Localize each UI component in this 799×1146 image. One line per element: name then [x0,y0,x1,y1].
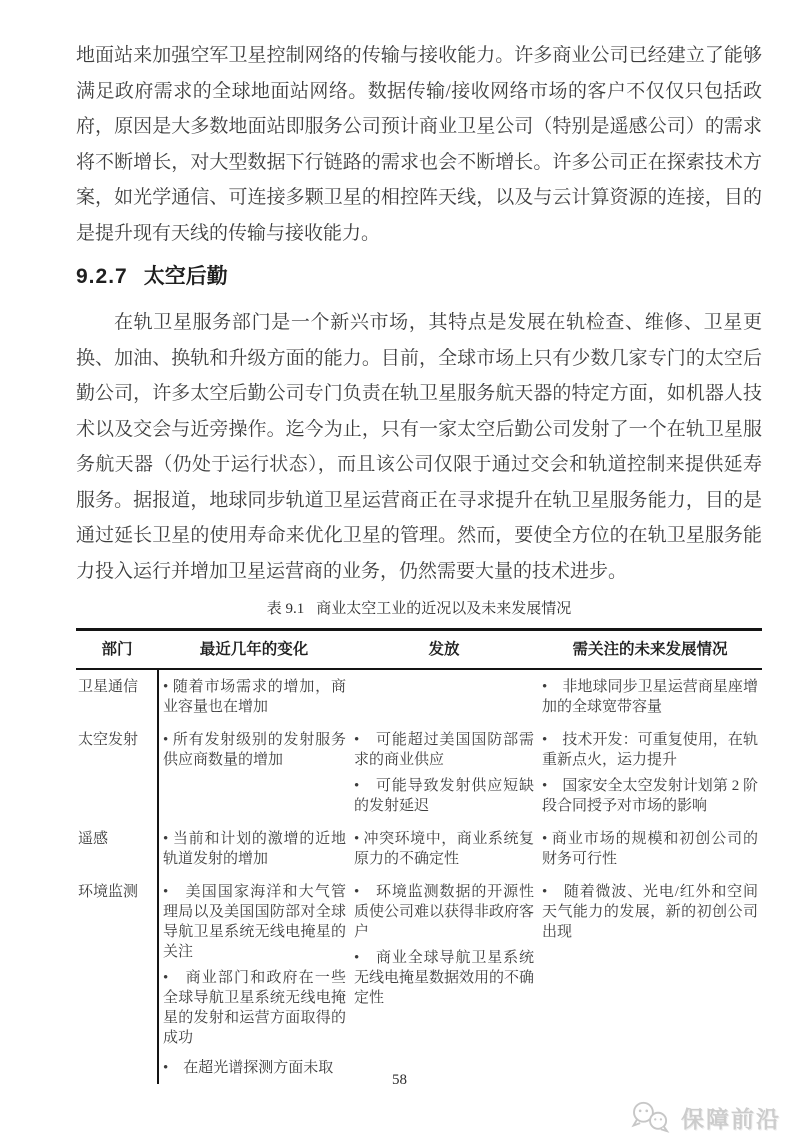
cell-item: • 可能超过美国国防部需求的商业供应 [354,730,534,770]
wechat-icon [630,1100,672,1134]
issues-cell: • 环境监测数据的开源性质使公司难以获得非政府客户 • 商业全球导航卫星系统无线… [350,875,538,1084]
cell-item: • 随着市场需求的增加，商业容量也在增加 [163,677,346,717]
document-page: 地面站来加强空军卫星控制网络的传输与接收能力。许多商业公司已经建立了能够满足政府… [0,0,799,1146]
col-header-future: 需关注的未来发展情况 [538,630,762,670]
sector-cell: 太空发射 [76,723,158,822]
cell-item: • 所有发射级别的发射服务供应商数量的增加 [163,730,346,770]
issues-cell [350,669,538,723]
changes-cell: • 随着市场需求的增加，商业容量也在增加 [158,669,350,723]
future-cell: • 商业市场的规模和初创公司的财务可行性 [538,822,762,875]
cell-item: • 可能导致发射供应短缺的发射延迟 [354,776,534,816]
watermark-logo: 保障前沿 [630,1100,781,1134]
cell-item: • 当前和计划的激增的近地轨道发射的增加 [163,829,346,869]
sector-cell: 环境监测 [76,875,158,1084]
cell-item: • 环境监测数据的开源性质使公司难以获得非政府客户 [354,882,534,942]
table-row-satcom: 卫星通信 • 随着市场需求的增加，商业容量也在增加 • 非地球同步卫星运营商星座… [76,669,762,723]
sector-cell: 卫星通信 [76,669,158,723]
paragraph-space-logistics: 在轨卫星服务部门是一个新兴市场，其特点是发展在轨检查、维修、卫星更换、加油、换轨… [76,305,762,589]
issues-cell: • 可能超过美国国防部需求的商业供应 • 可能导致发射供应短缺的发射延迟 [350,723,538,822]
cell-item: • 商业全球导航卫星系统无线电掩星数据效用的不确定性 [354,948,534,1008]
page-number: 58 [0,1072,799,1089]
table-caption-title: 商业太空工业的近况以及未来发展情况 [316,601,571,617]
section-heading: 9.2.7太空后勤 [76,263,762,291]
table-caption-label: 表 9.1 [267,601,305,617]
section-number: 9.2.7 [76,265,128,288]
changes-cell: • 美国国家海洋和大气管理局以及美国国防部对全球导航卫星系统无线电掩星的关注 •… [158,875,350,1084]
table-header-row: 部门 最近几年的变化 发放 需关注的未来发展情况 [76,630,762,670]
future-cell: • 随着微波、光电/红外和空间天气能力的发展，新的初创公司出现 [538,875,762,1084]
cell-item: • 商业部门和政府在一些全球导航卫星系统无线电掩星的发射和运营方面取得的成功 [163,968,346,1048]
sector-cell: 遥感 [76,822,158,875]
cell-item: • 美国国家海洋和大气管理局以及美国国防部对全球导航卫星系统无线电掩星的关注 [163,882,346,962]
table-row-launch: 太空发射 • 所有发射级别的发射服务供应商数量的增加 • 可能超过美国国防部需求… [76,723,762,822]
cell-item: • 非地球同步卫星运营商星座增加的全球宽带容量 [542,677,758,717]
paragraph-continuation: 地面站来加强空军卫星控制网络的传输与接收能力。许多商业公司已经建立了能够满足政府… [76,38,762,251]
cell-item: • 国家安全太空发射计划第 2 阶段合同授予对市场的影响 [542,776,758,816]
cell-item: • 随着微波、光电/红外和空间天气能力的发展，新的初创公司出现 [542,882,758,942]
cell-item: • 商业市场的规模和初创公司的财务可行性 [542,829,758,869]
future-cell: • 非地球同步卫星运营商星座增加的全球宽带容量 [538,669,762,723]
cell-item: • 技术开发：可重复使用，在轨重新点火，运力提升 [542,730,758,770]
changes-cell: • 所有发射级别的发射服务供应商数量的增加 [158,723,350,822]
commercial-space-table: 部门 最近几年的变化 发放 需关注的未来发展情况 卫星通信 • 随着市场需求的增… [76,628,762,1084]
page-content: 地面站来加强空军卫星控制网络的传输与接收能力。许多商业公司已经建立了能够满足政府… [76,38,762,1084]
table-caption: 表 9.1商业太空工业的近况以及未来发展情况 [76,599,762,619]
col-header-issues: 发放 [350,630,538,670]
watermark-label: 保障前沿 [681,1101,781,1134]
issues-cell: • 冲突环境中，商业系统复原力的不确定性 [350,822,538,875]
table-row-remote-sensing: 遥感 • 当前和计划的激增的近地轨道发射的增加 • 冲突环境中，商业系统复原力的… [76,822,762,875]
cell-item: • 冲突环境中，商业系统复原力的不确定性 [354,829,534,869]
changes-cell: • 当前和计划的激增的近地轨道发射的增加 [158,822,350,875]
future-cell: • 技术开发：可重复使用，在轨重新点火，运力提升 • 国家安全太空发射计划第 2… [538,723,762,822]
col-header-sector: 部门 [76,630,158,670]
table-row-environment: 环境监测 • 美国国家海洋和大气管理局以及美国国防部对全球导航卫星系统无线电掩星… [76,875,762,1084]
section-title: 太空后勤 [144,265,228,288]
col-header-changes: 最近几年的变化 [158,630,350,670]
